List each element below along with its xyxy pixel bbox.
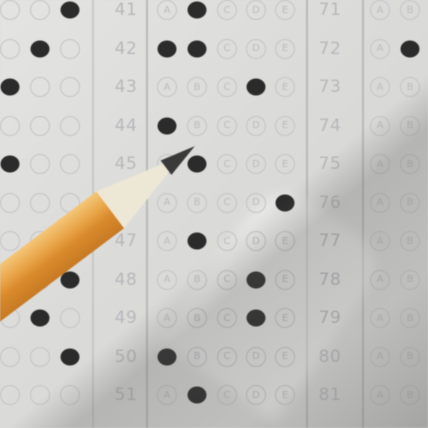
answer-bubble: E (275, 0, 295, 20)
question-number: 47 (115, 231, 138, 251)
question-number: 81 (319, 385, 342, 405)
answer-bubble: C (217, 270, 237, 290)
answer-bubble: C (217, 231, 237, 251)
answer-bubble (0, 193, 20, 213)
answer-bubble (30, 193, 50, 213)
answer-bubble: C (217, 116, 237, 136)
answer-bubble: A (158, 40, 177, 57)
answer-bubble (61, 348, 80, 365)
answer-bubble: D (246, 0, 266, 20)
question-number: 51 (115, 385, 138, 405)
answer-bubble: C (217, 0, 237, 20)
answer-bubble: B (188, 2, 207, 19)
answer-bubble: E (275, 39, 295, 59)
answer-bubble (61, 2, 80, 19)
answer-bubble: B (401, 40, 420, 57)
question-number: 73 (319, 77, 342, 97)
answer-bubble: D (247, 310, 266, 327)
answer-bubble (1, 156, 20, 173)
answer-bubble: B (187, 308, 207, 328)
answer-bubble: B (400, 385, 420, 405)
answer-bubble: A (157, 0, 177, 20)
question-number: 78 (319, 270, 342, 290)
answer-bubble: A (370, 308, 390, 328)
answer-bubble: B (188, 387, 207, 404)
question-number: 74 (319, 116, 342, 136)
answer-bubble: A (370, 193, 390, 213)
answer-bubble: B (187, 347, 207, 367)
question-number: 75 (319, 154, 342, 174)
column-divider (362, 0, 364, 428)
answer-bubble: A (370, 0, 390, 20)
answer-bubble: C (217, 77, 237, 97)
answer-bubble: D (246, 231, 266, 251)
answer-bubble (31, 310, 50, 327)
answer-bubble (30, 77, 50, 97)
answer-bubble: B (400, 154, 420, 174)
answer-bubble: C (217, 347, 237, 367)
answer-bubble: A (158, 348, 177, 365)
answer-bubble: E (275, 385, 295, 405)
answer-bubble: B (188, 40, 207, 57)
question-number: 76 (319, 193, 342, 213)
answer-bubble: C (217, 154, 237, 174)
answer-bubble: D (246, 154, 266, 174)
answer-bubble: B (400, 270, 420, 290)
answer-bubble (30, 0, 50, 20)
answer-bubble: D (246, 193, 266, 213)
answer-bubble: C (217, 385, 237, 405)
light-reflection (160, 178, 389, 422)
answer-bubble (0, 231, 20, 251)
answer-bubble (0, 39, 20, 59)
answer-bubble (60, 308, 80, 328)
answer-bubble: E (275, 77, 295, 97)
answer-bubble: B (400, 347, 420, 367)
answer-bubble: B (188, 233, 207, 250)
answer-bubble: B (400, 231, 420, 251)
question-number: 80 (319, 347, 342, 367)
answer-bubble: A (370, 347, 390, 367)
answer-sheet-photo: 41ABCDE42ABCDE43ABCDE44ABCDE45ABCDE46ABC… (0, 0, 428, 428)
question-number: 72 (319, 39, 342, 59)
answer-bubble: D (246, 385, 266, 405)
answer-bubble: A (370, 231, 390, 251)
answer-bubble (60, 116, 80, 136)
answer-bubble: E (275, 347, 295, 367)
answer-bubble: C (217, 308, 237, 328)
answer-bubble: D (246, 39, 266, 59)
answer-bubble (30, 154, 50, 174)
answer-bubble: E (275, 154, 295, 174)
question-number: 44 (115, 116, 138, 136)
answer-bubble (0, 347, 20, 367)
answer-bubble (60, 385, 80, 405)
answer-bubble (60, 77, 80, 97)
question-number: 42 (115, 39, 138, 59)
answer-bubble: B (400, 308, 420, 328)
question-number: 50 (115, 347, 138, 367)
answer-bubble: A (158, 117, 177, 134)
answer-bubble (31, 40, 50, 57)
answer-bubble: B (400, 77, 420, 97)
answer-bubble: D (246, 116, 266, 136)
answer-bubble: C (217, 39, 237, 59)
answer-bubble (0, 0, 20, 20)
answer-bubble: E (276, 194, 295, 211)
answer-bubble: B (400, 0, 420, 20)
answer-bubble: B (187, 270, 207, 290)
answer-bubble (60, 39, 80, 59)
answer-bubble: E (275, 270, 295, 290)
answer-bubble: A (370, 116, 390, 136)
answer-bubble: A (370, 385, 390, 405)
answer-bubble: A (157, 270, 177, 290)
answer-bubble (1, 79, 20, 96)
answer-bubble: B (400, 116, 420, 136)
answer-bubble: A (370, 39, 390, 59)
answer-bubble (30, 385, 50, 405)
answer-bubble: E (275, 308, 295, 328)
column-divider (146, 0, 148, 428)
answer-bubble (30, 116, 50, 136)
answer-bubble: E (275, 231, 295, 251)
question-number: 49 (115, 308, 138, 328)
answer-bubble: D (247, 79, 266, 96)
question-number: 43 (115, 77, 138, 97)
answer-bubble (60, 154, 80, 174)
question-number: 48 (115, 270, 138, 290)
answer-bubble: B (187, 77, 207, 97)
question-number: 71 (319, 0, 342, 20)
answer-bubble: A (157, 77, 177, 97)
answer-bubble: D (247, 271, 266, 288)
answer-bubble: C (217, 193, 237, 213)
question-number: 77 (319, 231, 342, 251)
answer-bubble (30, 347, 50, 367)
answer-bubble: E (275, 116, 295, 136)
answer-bubble: A (157, 231, 177, 251)
answer-bubble: A (370, 270, 390, 290)
answer-bubble: A (370, 154, 390, 174)
answer-bubble (0, 116, 20, 136)
question-number: 79 (319, 308, 342, 328)
question-number: 41 (115, 0, 138, 20)
answer-bubble: D (246, 347, 266, 367)
answer-bubble (0, 385, 20, 405)
answer-bubble: B (187, 116, 207, 136)
answer-bubble: A (157, 308, 177, 328)
answer-bubble: A (370, 77, 390, 97)
answer-bubble: B (400, 193, 420, 213)
answer-bubble: A (157, 385, 177, 405)
answer-bubble: B (187, 193, 207, 213)
